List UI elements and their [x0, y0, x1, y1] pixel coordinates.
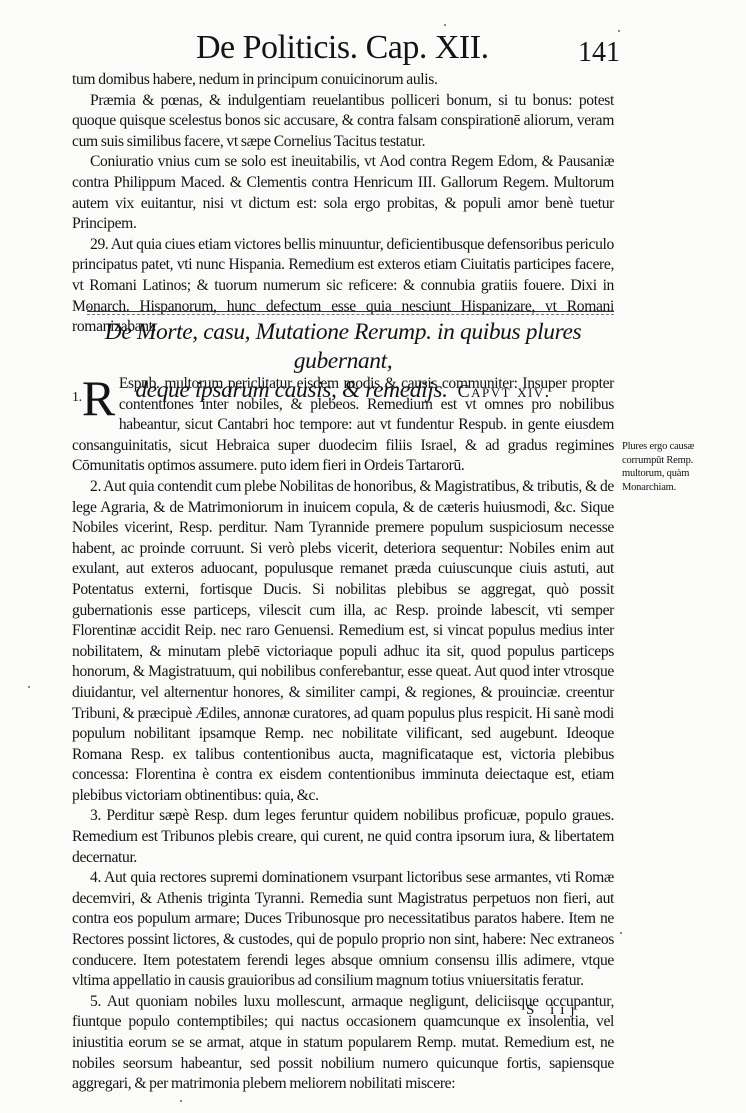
paragraph-number: 1.	[72, 390, 82, 405]
marginal-note: Plures ergo causæ corrumpūt Remp. multor…	[622, 440, 732, 494]
paragraph-2: 2. Aut quia contendit cum plebe Nobilita…	[72, 477, 614, 807]
main-text-block: 1.REspub. multorum periclitatur eisdem m…	[72, 374, 614, 1095]
paragraph-1: 1.REspub. multorum periclitatur eisdem m…	[72, 374, 614, 477]
paragraph-1-text: Espub. multorum periclitatur eisdem modi…	[72, 375, 614, 474]
page-header: De Politicis. Cap. XII. 141	[0, 28, 746, 74]
section-divider	[87, 311, 614, 312]
paragraph: Præmia & pœnas, & indulgentiam reuelanti…	[72, 91, 614, 153]
print-speck	[618, 30, 620, 32]
running-title: De Politicis. Cap. XII.	[196, 28, 489, 68]
drop-cap: 1.R	[72, 376, 115, 418]
paragraph-4: 4. Aut quia rectores supremi dominatione…	[72, 868, 614, 992]
chapter-heading-line1: De Morte, casu, Mutatione Rerump. in qui…	[72, 318, 614, 376]
print-speck	[88, 306, 90, 308]
print-speck	[620, 932, 622, 934]
top-text-block: tum domibus habere, nedum in principum c…	[72, 70, 614, 338]
paragraph-continuation: tum domibus habere, nedum in principum c…	[72, 70, 614, 91]
print-speck	[180, 1100, 182, 1102]
section-divider-secondary	[87, 314, 614, 315]
paragraph: Coniuratio vnius cum se solo est ineuita…	[72, 152, 614, 234]
signature-mark: S iij	[526, 1002, 581, 1019]
paragraph-3: 3. Perditur sæpè Resp. dum leges feruntu…	[72, 806, 614, 868]
page-number: 141	[578, 36, 620, 70]
drop-cap-letter: R	[82, 370, 115, 426]
print-speck	[28, 686, 30, 688]
book-page: De Politicis. Cap. XII. 141 tum domibus …	[0, 0, 746, 1113]
print-speck	[444, 24, 446, 26]
